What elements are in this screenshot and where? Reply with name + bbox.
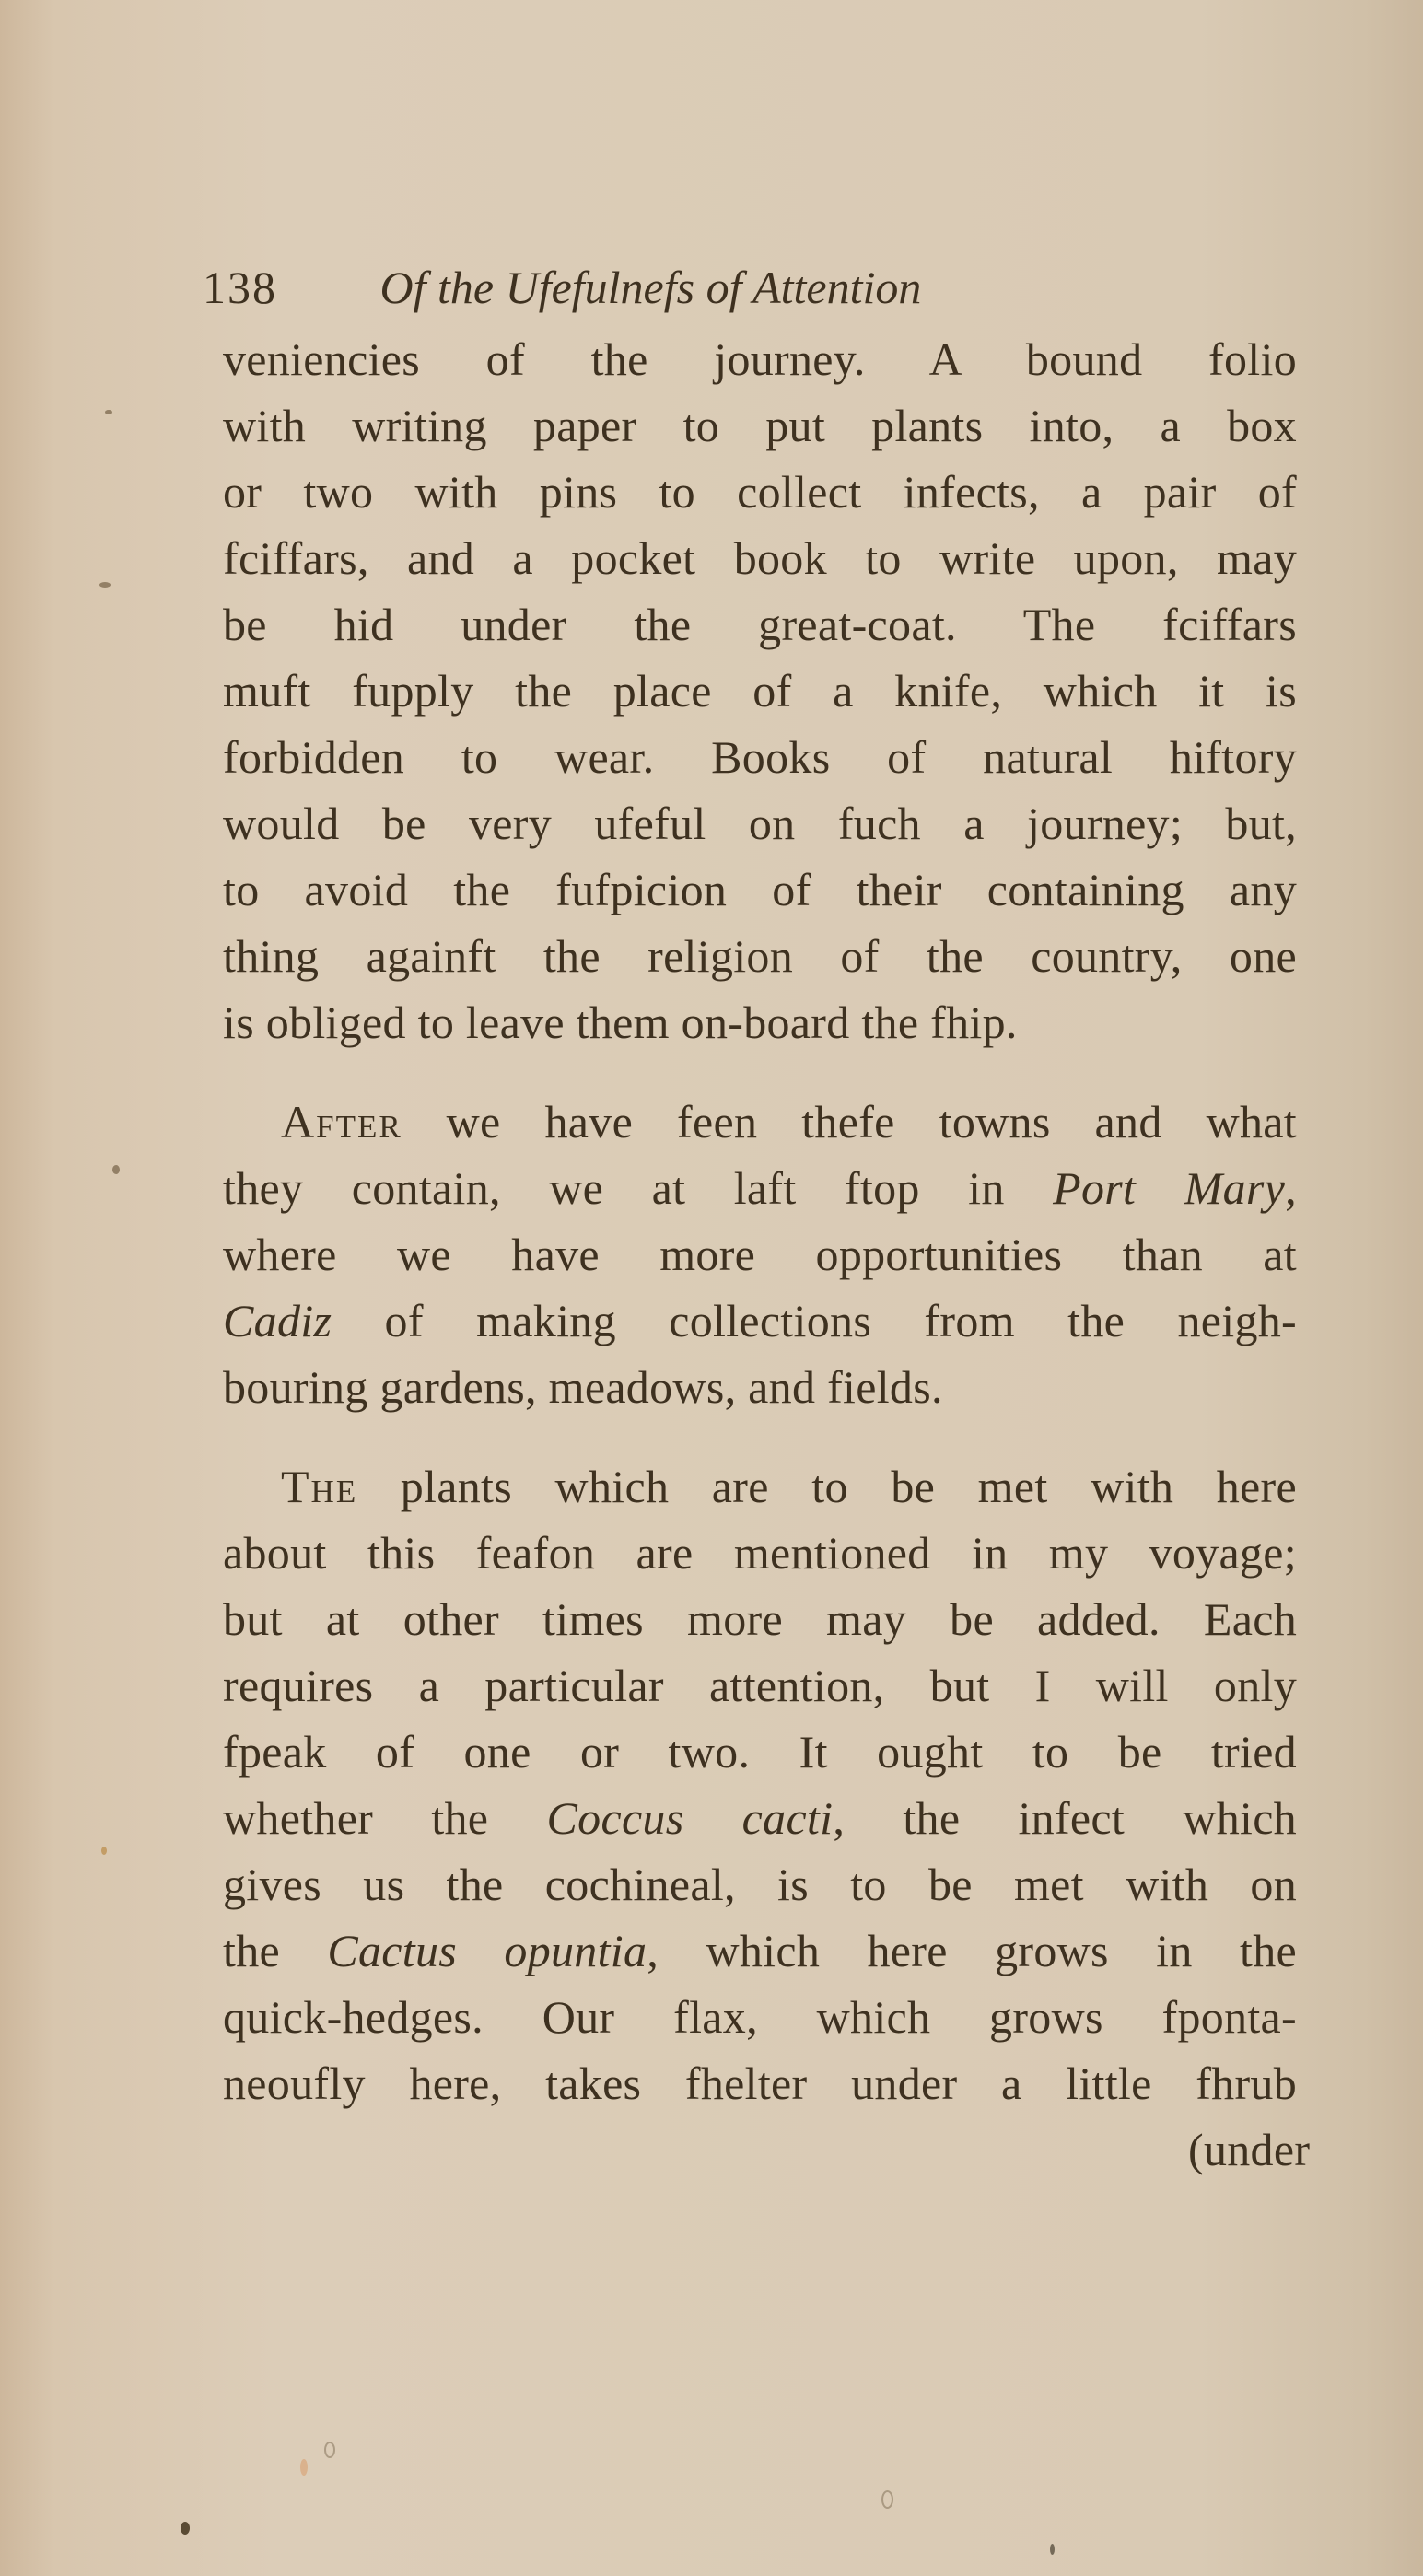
text-line: where we have more opportunities than at [223,1221,1297,1288]
paper-speck [112,1165,120,1174]
paper-speck [1050,2544,1055,2555]
drop-lead: After [281,1096,402,1148]
text-line: quick-hedges. Our flax, which grows fpon… [223,1984,1297,2050]
text-line: to avoid the fufpicion of their containi… [223,857,1297,923]
paper-speck [324,2442,335,2458]
paper-speck [300,2459,308,2476]
text-line: be hid under the great-coat. The fciffar… [223,591,1297,658]
text-line: fciffars, and a pocket book to write upo… [223,525,1297,591]
species-name: Cactus opuntia [327,1925,647,1976]
paper-speck [881,2490,893,2509]
text-line: The plants which are to be met with here [281,1453,1297,1520]
text-line: but at other times more may be added. Ea… [223,1586,1297,1652]
page-number: 138 [203,260,313,315]
text-line: whether the Coccus cacti, the infect whi… [223,1785,1297,1851]
place-name: Cadiz [223,1295,332,1346]
paper-speck [181,2522,190,2535]
text-line: gives us the cochineal, is to be met wit… [223,1851,1297,1917]
running-head: 138 Of the Ufefulnefs of Attention [203,260,921,315]
text-line: After we have feen thefe towns and what [281,1089,1297,1155]
running-title: Of the Ufefulnefs of Attention [380,262,922,313]
text-line: muft fupply the place of a knife, which … [223,658,1297,724]
book-page: 138 Of the Ufefulnefs of Attention venie… [0,0,1423,2576]
paper-speck [105,410,112,414]
text-line: Cadiz of making collections from the nei… [223,1288,1297,1354]
paper-speck [99,582,111,588]
text-line: requires a particular attention, but I w… [223,1652,1297,1719]
text-line: thing againft the religion of the countr… [223,923,1297,989]
paper-speck [101,1847,107,1855]
drop-lead: The [281,1461,357,1512]
text-line: bouring gardens, meadows, and fields. [223,1354,1297,1420]
species-name: Coccus cacti [547,1792,834,1844]
text-line: forbidden to wear. Books of natural hift… [223,724,1297,790]
text-line: would be very ufeful on fuch a journey; … [223,790,1297,857]
text-line: with writing paper to put plants into, a… [223,392,1297,459]
text-line: veniencies of the journey. A bound folio [223,326,1297,392]
text-line: fpeak of one or two. It ought to be trie… [223,1719,1297,1785]
text-line: about this feafon are mentioned in my vo… [223,1520,1297,1586]
catchword: (under [1188,2116,1299,2183]
text-line: they contain, we at laft ftop in Port Ma… [223,1155,1297,1221]
text-line: or two with pins to collect infects, a p… [223,459,1297,525]
place-name: Port Mary [1053,1162,1285,1214]
text-line: the Cactus opuntia, which here grows in … [223,1917,1297,1984]
text-line: neoufly here, takes fhelter under a litt… [223,2050,1297,2116]
text-line: is obliged to leave them on-board the fh… [223,989,1297,1055]
